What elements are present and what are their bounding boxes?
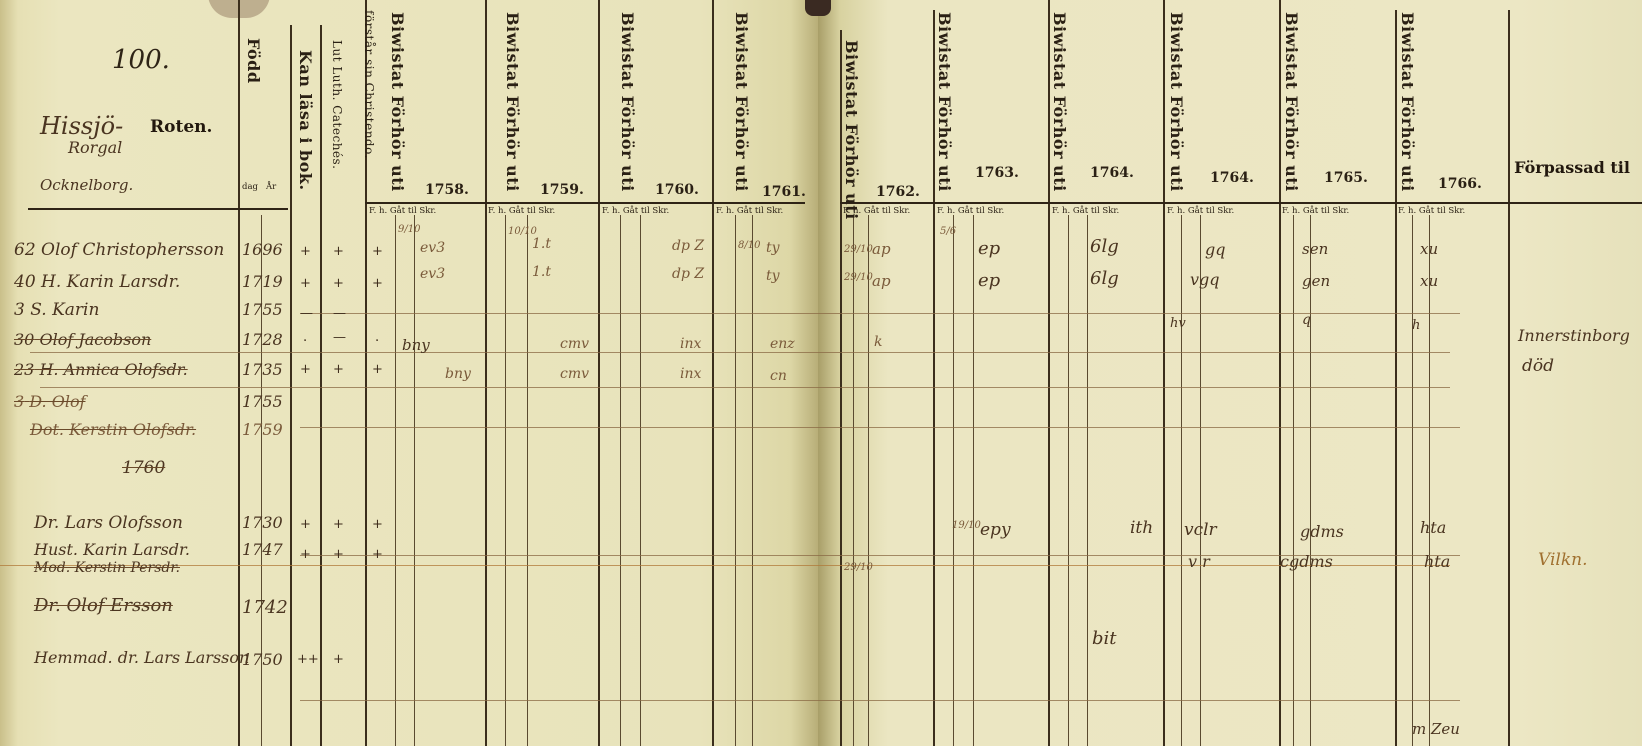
location-line3: Ocknelborg. — [40, 176, 133, 194]
subcol-labels-1758: F. h. Gåt til Skr. — [369, 206, 436, 216]
book-gutter — [805, 0, 831, 16]
mark-read: + — [300, 244, 311, 259]
exam-code: xu — [1420, 272, 1438, 290]
row-rule — [300, 313, 1460, 314]
exam-code: 1.t — [532, 236, 551, 252]
mark-read: + — [300, 276, 311, 291]
exam-code: vgq — [1190, 270, 1220, 289]
exam-code: m Zeu — [1412, 720, 1460, 738]
entry-name: Dot. Kerstin Olofsdr. — [30, 420, 196, 439]
header-exam-1766: Biwistat Förhör uti — [1398, 12, 1417, 192]
column-rule — [868, 215, 869, 746]
column-rule — [1508, 10, 1510, 746]
header-exam-1761: Biwistat Förhör uti — [732, 12, 751, 192]
mark-understand: + — [372, 362, 383, 377]
entry-born: 1755 — [242, 392, 283, 411]
entry-born: 1755 — [242, 300, 283, 319]
exam-code: sen — [1302, 240, 1328, 258]
year-1761: 1761. — [762, 184, 806, 200]
mark-read: + — [300, 362, 311, 377]
exam-code: gen — [1302, 272, 1330, 290]
year-1762: 1762. — [876, 184, 920, 200]
exam-code: h — [1412, 318, 1420, 333]
exam-code: k — [874, 334, 882, 350]
header-exam-1763: Biwistat Förhör uti — [935, 12, 954, 192]
header-exam-1764b: Biwistat Förhör uti — [1167, 12, 1186, 192]
subcol-labels-1759: F. h. Gåt til Skr. — [488, 206, 555, 216]
column-rule — [1310, 215, 1311, 746]
exam-code: v r — [1188, 552, 1210, 571]
entry-born: 1728 — [242, 330, 283, 349]
header-forstar: förstår sin Christendo. — [362, 10, 376, 159]
column-rule — [414, 215, 415, 746]
ledger-spread: 100. Hissjö- Roten. Rorgal Ocknelborg. F… — [0, 0, 1642, 746]
location-line2: Rorgal — [68, 138, 122, 157]
header-catechesis: Lut Luth. Catechés. — [330, 40, 344, 170]
header-exam-1765: Biwistat Förhör uti — [1282, 12, 1301, 192]
exam-code: ep — [978, 238, 1000, 259]
column-rule — [505, 215, 506, 746]
header-rule — [1508, 202, 1642, 204]
header-exam-1759: Biwistat Förhör uti — [503, 12, 522, 192]
header-forpassad-til: Förpassad til — [1512, 160, 1632, 176]
roten-label: Roten. — [150, 117, 212, 137]
exam-code: cmv — [560, 366, 589, 382]
column-rule — [485, 0, 487, 746]
entry-born: 1719 — [242, 272, 283, 291]
entry-name: 3 D. Olof — [14, 392, 86, 411]
exam-code: bny — [402, 336, 430, 354]
exam-code: ty — [766, 268, 780, 284]
exam-code: xu — [1420, 240, 1438, 258]
exam-code: inx — [680, 366, 701, 382]
column-rule — [1068, 215, 1069, 746]
column-rule — [1200, 215, 1201, 746]
header-kan-lasa: Kan läsa i bok. — [296, 50, 315, 191]
entry-born: 1742 — [242, 597, 288, 618]
year-1765: 1765. — [1324, 170, 1368, 186]
column-rule — [1293, 215, 1294, 746]
header-fodd-ar: År — [266, 182, 276, 192]
year-1759: 1759. — [540, 182, 584, 198]
entry-name: Hust. Karin Larsdr. — [34, 540, 190, 559]
mark-read: + — [300, 547, 311, 562]
header-rule — [28, 208, 288, 210]
entry-name: 30 Olof Jacobson — [14, 330, 151, 349]
exam-code: dp Z — [672, 266, 704, 282]
subcol-labels-1761: F. h. Gåt til Skr. — [716, 206, 783, 216]
exam-code: gdms — [1300, 522, 1344, 541]
entry-name: 62 Olof Christophersson — [14, 240, 224, 260]
mark-catechism: + — [333, 244, 344, 259]
fraction-annotation: 19/10 — [952, 520, 981, 531]
mark-understand: . — [375, 330, 379, 345]
exam-code: ap — [872, 240, 891, 258]
header-rule — [365, 202, 805, 204]
forpassad-note: Vilkn. — [1538, 550, 1588, 570]
exam-code: cgdms — [1280, 552, 1333, 571]
column-rule — [320, 25, 322, 746]
mark-understand: + — [372, 547, 383, 562]
column-rule — [1163, 0, 1165, 746]
entry-name: Dr. Lars Olofsson — [34, 513, 183, 533]
exam-code: 6lg — [1090, 236, 1119, 257]
mark-catechism: + — [333, 362, 344, 377]
entry-name: 3 S. Karin — [14, 300, 99, 320]
exam-code: inx — [680, 336, 701, 352]
exam-code: hv — [1170, 316, 1186, 331]
location-prefix: Hissjö- — [40, 112, 123, 140]
year-divider: 1760 — [122, 458, 165, 478]
entry-born: 1747 — [242, 540, 283, 559]
mark-read: — — [300, 306, 313, 321]
exam-code: ev3 — [420, 240, 445, 256]
row-rule — [300, 427, 1460, 428]
fraction-annotation: 29/10 — [844, 562, 873, 573]
subcol-labels-1763: F. h. Gåt til Skr. — [937, 206, 1004, 216]
exam-code: dp Z — [672, 238, 704, 254]
column-rule — [395, 215, 396, 746]
exam-code: enz — [770, 336, 795, 352]
column-rule — [735, 215, 736, 746]
exam-code: ty — [766, 240, 780, 256]
exam-code: cn — [770, 368, 787, 384]
header-fodd-dag: dag — [242, 182, 258, 192]
exam-code: hta — [1420, 518, 1446, 537]
fraction-annotation: 5/6 — [940, 226, 956, 237]
exam-code: bny — [445, 366, 471, 382]
mark-understand: + — [372, 517, 383, 532]
year-1758: 1758. — [425, 182, 469, 198]
column-rule — [1412, 215, 1413, 746]
mark-catechism: — — [333, 330, 346, 345]
entry-name: Dr. Olof Ersson — [34, 595, 173, 616]
fraction-annotation: 9/10 — [398, 224, 420, 235]
exam-code: vclr — [1184, 520, 1217, 540]
subcol-labels-1764b: F. h. Gåt til Skr. — [1167, 206, 1234, 216]
header-exam-1760: Biwistat Förhör uti — [618, 12, 637, 192]
fraction-annotation: 29/10 — [844, 272, 873, 283]
exam-code: gq — [1205, 240, 1225, 259]
subcol-labels-1766: F. h. Gåt til Skr. — [1398, 206, 1465, 216]
entry-name: 23 H. Annica Olofsdr. — [14, 360, 188, 379]
subcol-labels-1765: F. h. Gåt til Skr. — [1282, 206, 1349, 216]
mark-catechism: + — [333, 276, 344, 291]
exam-code: epy — [980, 520, 1011, 540]
forpassad-note: Innerstinborg — [1518, 326, 1630, 345]
header-rule — [840, 202, 1510, 204]
fraction-annotation: 8/10 — [738, 240, 760, 251]
row-rule — [0, 565, 1450, 566]
subcol-labels-1760: F. h. Gåt til Skr. — [602, 206, 669, 216]
mark-catechism: — — [333, 306, 346, 321]
exam-code: hta — [1424, 552, 1450, 571]
entry-born: 1696 — [242, 240, 283, 259]
exam-code: 1.t — [532, 264, 551, 280]
column-rule — [620, 215, 621, 746]
mark-understand: + — [372, 244, 383, 259]
mark-read: + — [300, 517, 311, 532]
column-rule — [853, 215, 854, 746]
header-exam-1762: Biwistat Förhör uti — [842, 40, 861, 220]
year-1760: 1760. — [655, 182, 699, 198]
fraction-annotation: 10/10 — [508, 226, 537, 237]
header-fodd: Född — [244, 38, 263, 84]
year-1764a: 1764. — [1090, 165, 1134, 181]
entry-born: 1750 — [242, 650, 283, 669]
column-rule — [1395, 10, 1397, 746]
header-exam-1758: Biwistat Förhör uti — [388, 12, 407, 192]
column-rule — [1181, 215, 1182, 746]
year-1764b: 1764. — [1210, 170, 1254, 186]
row-rule — [30, 352, 1450, 353]
row-rule — [300, 700, 1460, 701]
column-rule — [712, 0, 714, 746]
exam-code: ep — [978, 270, 1000, 291]
entry-name: 40 H. Karin Larsdr. — [14, 272, 180, 292]
column-rule — [953, 215, 954, 746]
column-rule — [752, 215, 753, 746]
column-rule — [1279, 0, 1281, 746]
subcol-labels-1764a: F. h. Gåt til Skr. — [1052, 206, 1119, 216]
entry-born: 1730 — [242, 513, 283, 532]
entry-name: Hemmad. dr. Lars Larsson — [34, 648, 249, 667]
column-rule — [290, 25, 292, 746]
mark-understand: + — [372, 276, 383, 291]
exam-code: ith — [1130, 518, 1153, 538]
exam-code: bit — [1092, 628, 1117, 649]
column-rule — [973, 215, 974, 746]
header-exam-1764a: Biwistat Förhör uti — [1050, 12, 1069, 192]
forpassad-note: död — [1522, 356, 1554, 376]
exam-code: ap — [872, 272, 891, 290]
mark-catechism: + — [333, 652, 344, 667]
mark-read: . — [303, 330, 307, 345]
column-rule — [598, 0, 600, 746]
exam-code: ev3 — [420, 266, 445, 282]
subcol-labels-1762: F. h. Gåt til Skr. — [843, 206, 910, 216]
mark-catechism: + — [333, 547, 344, 562]
fraction-annotation: 29/10 — [844, 244, 873, 255]
mark-read: ++ — [297, 652, 319, 667]
entry-name: Mod. Kerstin Persdr. — [34, 560, 180, 576]
entry-born: 1759 — [242, 420, 283, 439]
exam-code: cmv — [560, 336, 589, 352]
column-rule — [527, 215, 528, 746]
year-1766: 1766. — [1438, 176, 1482, 192]
page-number: 100. — [112, 45, 170, 75]
column-rule — [238, 0, 240, 746]
column-rule — [1429, 215, 1430, 746]
entry-born: 1735 — [242, 360, 283, 379]
year-1763: 1763. — [975, 165, 1019, 181]
mark-catechism: + — [333, 517, 344, 532]
column-rule — [640, 215, 641, 746]
exam-code: 6lg — [1090, 268, 1119, 289]
column-rule — [1087, 215, 1088, 746]
exam-code: q — [1302, 312, 1311, 328]
row-rule — [40, 387, 1450, 388]
